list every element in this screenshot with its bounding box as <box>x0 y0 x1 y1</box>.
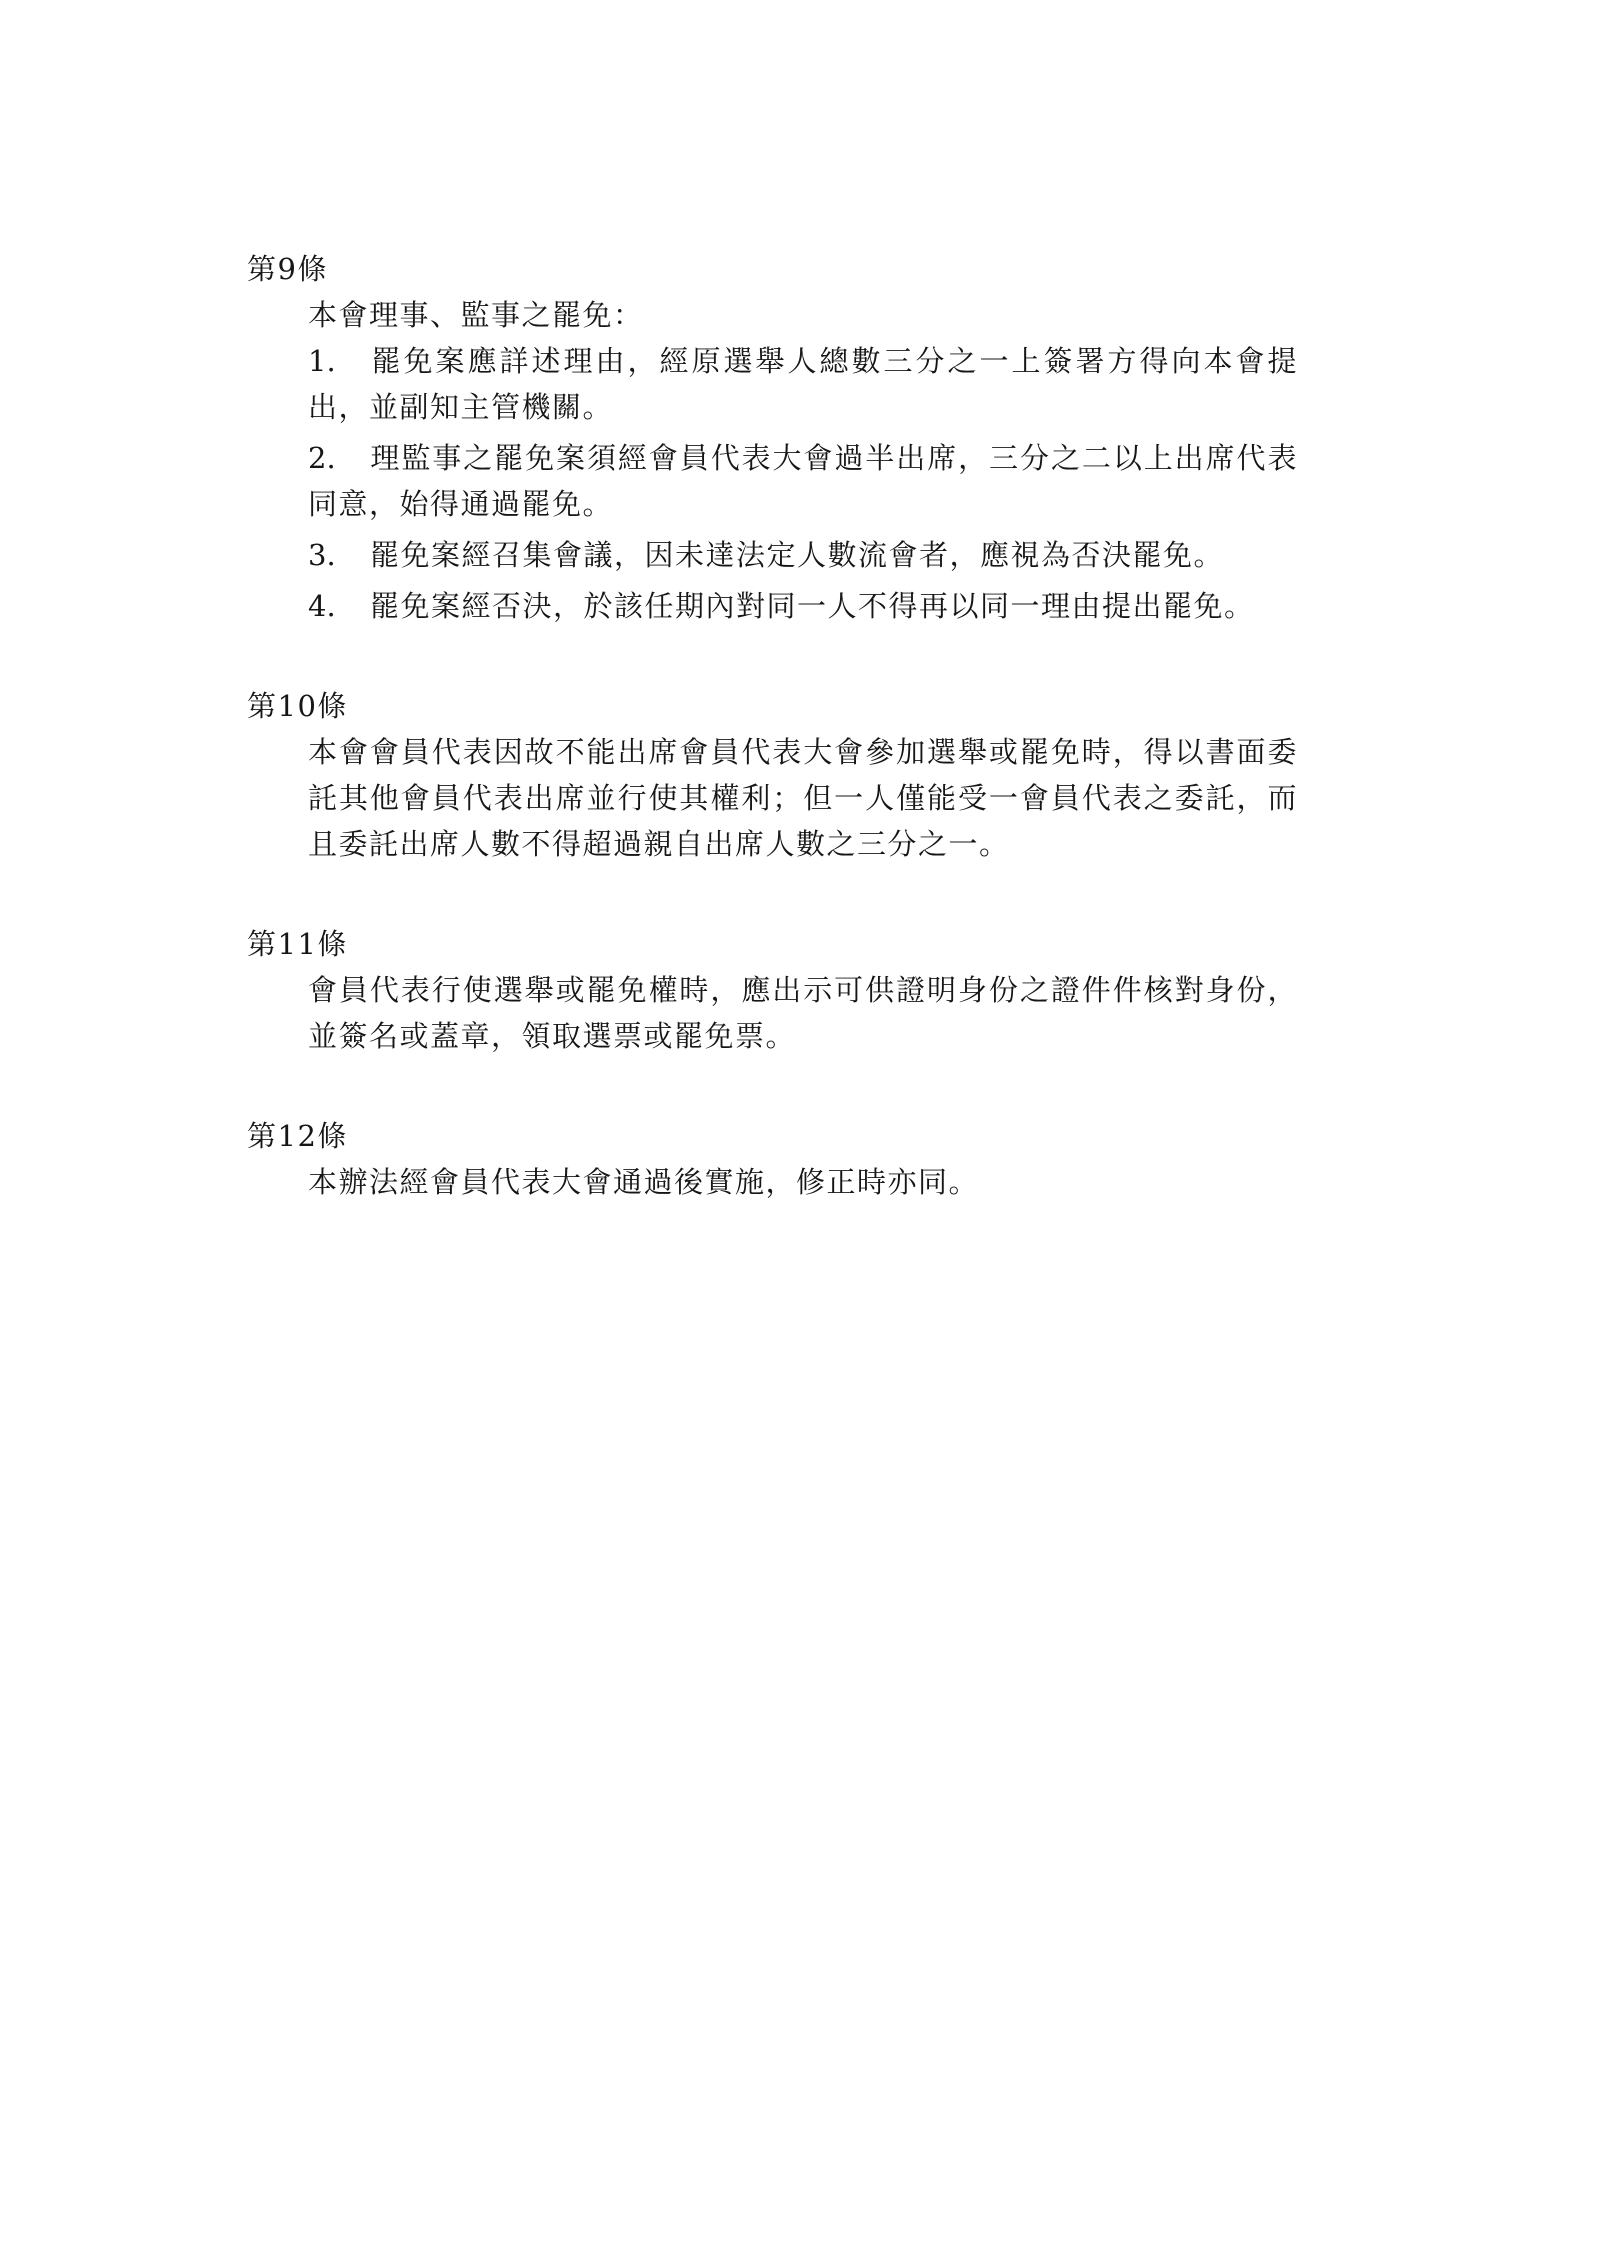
article-10-body: 本會會員代表因故不能出席會員代表大會參加選舉或罷免時，得以書面委託其他會員代表出… <box>308 729 1298 867</box>
list-item-number: 1. <box>308 338 370 384</box>
list-item-text: 罷免案經否決，於該任期內對同一人不得再以同一理由提出罷免。 <box>370 589 1255 623</box>
list-item-number: 4. <box>308 583 370 629</box>
list-item: 4.罷免案經否決，於該任期內對同一人不得再以同一理由提出罷免。 <box>308 583 1298 629</box>
article-11: 第11條 會員代表行使選舉或罷免權時，應出示可供證明身份之證件件核對身份，並簽名… <box>0 921 1600 1059</box>
article-12: 第12條 本辦法經會員代表大會通過後實施，修正時亦同。 <box>0 1113 1600 1205</box>
article-10-number: 第10條 <box>247 683 1600 729</box>
article-10: 第10條 本會會員代表因故不能出席會員代表大會參加選舉或罷免時，得以書面委託其他… <box>0 683 1600 867</box>
article-12-body: 本辦法經會員代表大會通過後實施，修正時亦同。 <box>308 1159 1298 1205</box>
article-9-intro: 本會理事、監事之罷免： <box>308 292 1298 338</box>
list-item-number: 3. <box>308 532 370 578</box>
document-page: 第9條 本會理事、監事之罷免： 1.罷免案應詳述理由，經原選舉人總數三分之一上簽… <box>0 0 1600 2262</box>
article-12-number: 第12條 <box>247 1113 1600 1159</box>
list-item: 1.罷免案應詳述理由，經原選舉人總數三分之一上簽署方得向本會提出，並副知主管機關… <box>308 338 1298 430</box>
article-9-number: 第9條 <box>247 246 1600 292</box>
list-item: 3.罷免案經召集會議，因未達法定人數流會者，應視為否決罷免。 <box>308 532 1298 578</box>
article-11-number: 第11條 <box>247 921 1600 967</box>
list-item: 2.理監事之罷免案須經會員代表大會過半出席，三分之二以上出席代表同意，始得通過罷… <box>308 435 1298 527</box>
article-11-body: 會員代表行使選舉或罷免權時，應出示可供證明身份之證件件核對身份，並簽名或蓋章，領… <box>308 967 1298 1059</box>
list-item-number: 2. <box>308 435 370 481</box>
article-9-list: 1.罷免案應詳述理由，經原選舉人總數三分之一上簽署方得向本會提出，並副知主管機關… <box>308 338 1298 629</box>
article-9: 第9條 本會理事、監事之罷免： 1.罷免案應詳述理由，經原選舉人總數三分之一上簽… <box>0 246 1600 629</box>
list-item-text: 罷免案應詳述理由，經原選舉人總數三分之一上簽署方得向本會提出，並副知主管機關。 <box>308 344 1298 424</box>
list-item-text: 罷免案經召集會議，因未達法定人數流會者，應視為否決罷免。 <box>370 538 1224 572</box>
list-item-text: 理監事之罷免案須經會員代表大會過半出席，三分之二以上出席代表同意，始得通過罷免。 <box>308 441 1298 521</box>
